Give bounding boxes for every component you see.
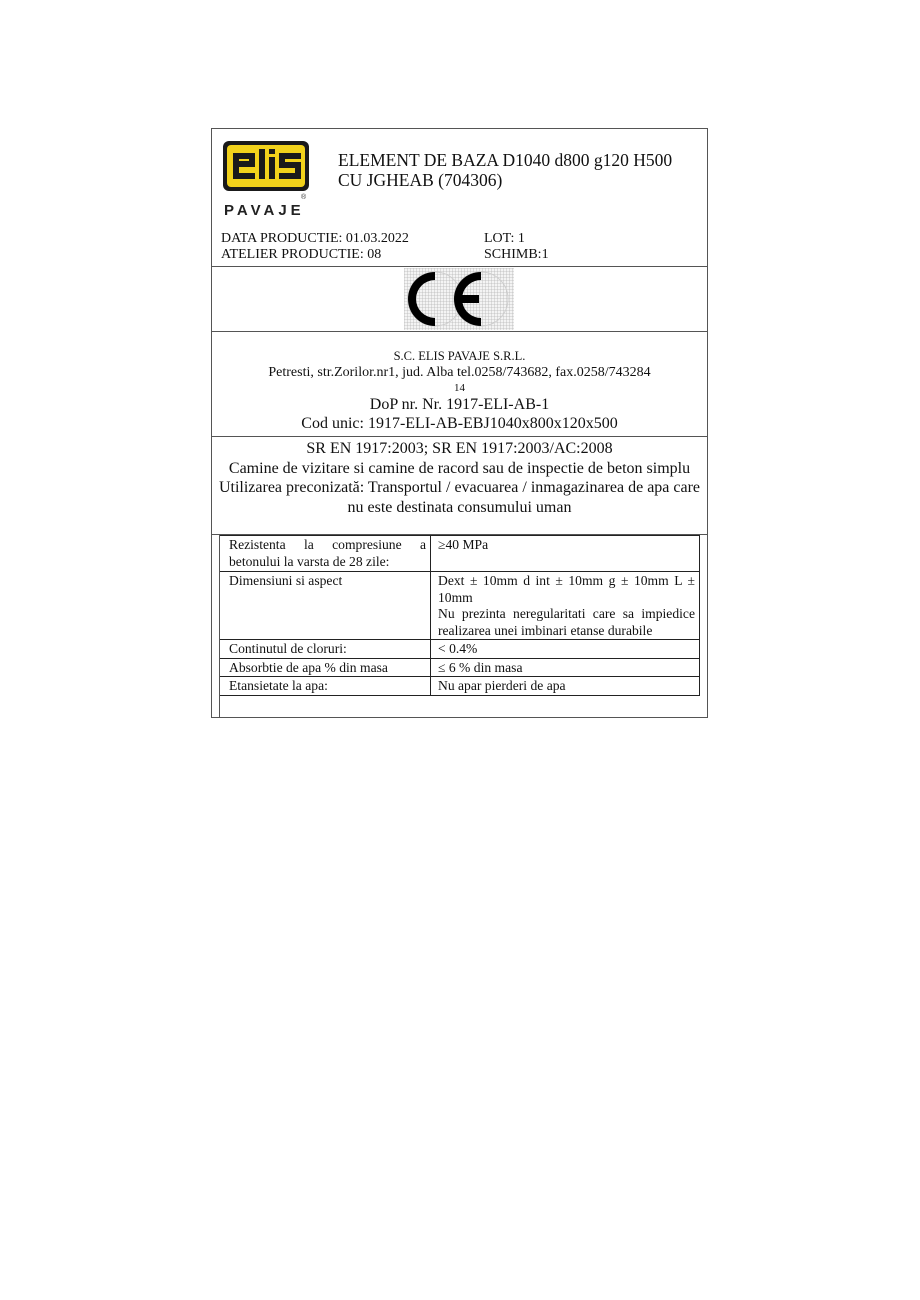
production-atelier: ATELIER PRODUCTIE: 08 (221, 247, 409, 263)
table-row: Absorbtie de apa % din masa ≤ 6 % din ma… (220, 658, 700, 677)
ce-mark-icon (404, 268, 514, 330)
header-section: ® PAVAJE ELEMENT DE BAZA D1040 d800 g120… (212, 129, 707, 267)
table-row: Continutul de cloruri: < 0.4% (220, 640, 700, 659)
properties-table: Rezistenta la compresiune a betonului la… (219, 535, 700, 696)
standard-norm: SR EN 1917:2003; SR EN 1917:2003/AC:2008 (218, 439, 701, 459)
unique-code: Cod unic: 1917-ELI-AB-EBJ1040x800x120x50… (212, 414, 707, 433)
product-title: ELEMENT DE BAZA D1040 d800 g120 H500 CU … (338, 150, 672, 190)
ce-section (212, 267, 707, 332)
company-section: S.C. ELIS PAVAJE S.R.L. Petresti, str.Zo… (212, 332, 707, 437)
elis-pavaje-logo-icon: ® PAVAJE (221, 139, 311, 217)
product-label-card: ® PAVAJE ELEMENT DE BAZA D1040 d800 g120… (211, 128, 708, 718)
properties-section: Rezistenta la compresiune a betonului la… (212, 535, 707, 717)
lot-number: LOT: 1 (484, 231, 549, 247)
company-address: Petresti, str.Zorilor.nr1, jud. Alba tel… (212, 364, 707, 381)
table-row: Rezistenta la compresiune a betonului la… (220, 536, 700, 572)
production-info: DATA PRODUCTIE: 01.03.2022 ATELIER PRODU… (221, 231, 409, 263)
shift-number: SCHIMB:1 (484, 247, 549, 263)
table-row: Dimensiuni si aspect Dext ± 10mm d int ±… (220, 572, 700, 640)
company-name: S.C. ELIS PAVAJE S.R.L. (212, 332, 707, 364)
standard-section: SR EN 1917:2003; SR EN 1917:2003/AC:2008… (212, 437, 707, 535)
svg-text:PAVAJE: PAVAJE (224, 202, 305, 217)
year-mark: 14 (212, 381, 707, 395)
product-description: Camine de vizitare si camine de racord s… (218, 459, 701, 479)
table-row: Etansietate la apa: Nu apar pierderi de … (220, 677, 700, 696)
dop-number: DoP nr. Nr. 1917-ELI-AB-1 (212, 395, 707, 414)
production-date: DATA PRODUCTIE: 01.03.2022 (221, 231, 409, 247)
lot-info: LOT: 1 SCHIMB:1 (484, 231, 549, 263)
table-rail (219, 535, 220, 717)
svg-text:®: ® (301, 193, 307, 201)
intended-use: Utilizarea preconizată: Transportul / ev… (218, 478, 701, 517)
